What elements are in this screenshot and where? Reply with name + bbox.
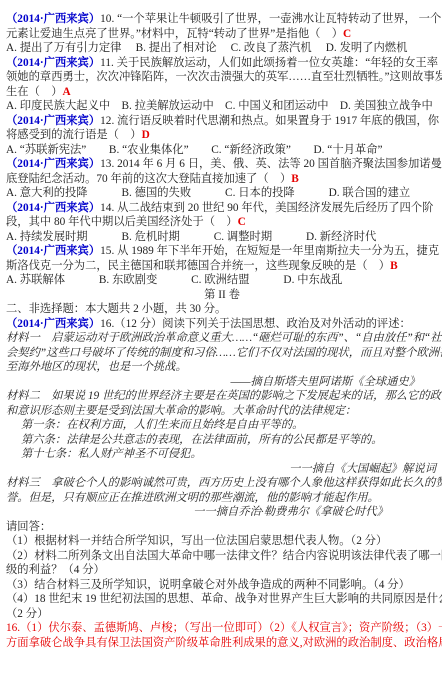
- text-segment: 底登陆纪念活动。70 年前的这次大登陆直接加速了（ ）: [6, 173, 291, 185]
- law-article-line: 第六条：法律是公共意志的表现，在法律面前，所有的公民都是平等的。: [6, 433, 438, 448]
- answer-letter: C: [343, 28, 351, 40]
- material-1-citation: ——摘自斯塔夫里阿诺斯《全球通史》: [6, 375, 438, 390]
- text-segment: 第十七条：私人财产神圣不可侵犯。: [21, 448, 202, 460]
- question-13-line: （2014·广西来宾）13. 2014 年 6 月 6 日，美、俄、英、法等 2…: [6, 157, 438, 172]
- text-segment: 二、非选择题：本大题共 2 小题，共 30 分。: [6, 303, 226, 315]
- section-2-title: 第 II 卷: [6, 288, 438, 303]
- law-article-line: 第十七条：私人财产神圣不可侵犯。: [6, 447, 438, 462]
- answer-letter: A: [63, 86, 71, 98]
- text-segment: A. 持续发展时期 B. 危机时期 C. 调整时期 D. 新经济时代: [6, 231, 376, 243]
- question-11-line: 生在（ ）A: [6, 85, 438, 100]
- material-3-citation: 一一摘自乔治·勒费弗尔《拿破仑时代》: [6, 505, 438, 520]
- question-source-tag: （2014·广西来宾）: [6, 202, 100, 214]
- text-segment: 至海外地区的现状，也是一个挑战。: [6, 361, 187, 373]
- question-16-intro: （2014·广西来宾）16.（12 分）阅读下列关于法国思想、政治及对外活动的评…: [6, 317, 438, 332]
- sub-question-line: 级的利益？（4 分）: [6, 563, 438, 578]
- text-segment: 材料三 拿破仑个人的影响诚然可贵，西方历史上没有哪个人象他这样获得如此长久的赞: [6, 477, 442, 489]
- answer-letter: D: [142, 129, 150, 141]
- question-source-tag: （2014·广西来宾）: [6, 13, 100, 25]
- text-segment: 14. 从二战结束到 20 世纪 90 年代，美国经济发展先后经历了四个阶: [100, 202, 433, 214]
- text-segment: 段，其中 80 年代中期以后美国经济处于（ ）: [6, 216, 238, 228]
- exam-document: （2014·广西来宾）10. “一个苹果让牛顿吸引了世界，一壶沸水让瓦特转动了世…: [0, 0, 442, 681]
- material-1-text: 会契约”这些口号破坏了传统的制度和习俗……它们不仅对法国的现状，而且对整个欧洲甚: [6, 346, 438, 361]
- citation-text: 一一摘自《大国崛起》解说词: [289, 463, 436, 475]
- question-11-line: （2014·广西来宾）11. 关于民族解放运动，人们如此颂扬着一位女英雄：“年轻…: [6, 56, 438, 71]
- sub-question-line: （2）材料二所列条文出自法国大革命中哪一法律文件？结合内容说明该法律代表了哪一阶: [6, 549, 438, 564]
- answer-key-text: 16.（1）伏尔泰、孟德斯鸠、卢梭；（写出一位即可）（2）《人权宣言》；资产阶级…: [6, 622, 442, 634]
- text-segment: 材料一 启蒙运动对于欧洲政治革命意义重大……“砸烂可耻的东西”、“自由放任”和“…: [6, 332, 442, 344]
- question-11-options: A. 印度民族大起义中 B. 拉美解放运动中 C. 中国义和团运动中 D. 美国…: [6, 99, 438, 114]
- question-15-line: 斯洛伐克一分为二，民主德国和联邦德国合并统一，这些现象反映的是（ ）B: [6, 259, 438, 274]
- text-segment: 誉。但是，只有顺应正在推进欧洲文明的那些潮流，他的影响才能起作用。: [6, 492, 379, 504]
- question-14-line: 段，其中 80 年代中期以后美国经济处于（ ）C: [6, 215, 438, 230]
- material-2-citation: 一一摘自《大国崛起》解说词: [6, 462, 438, 477]
- text-segment: （2）材料二所列条文出自法国大革命中哪一法律文件？结合内容说明该法律代表了哪一阶: [6, 550, 442, 562]
- question-source-tag: （2014·广西来宾）: [6, 115, 100, 127]
- text-segment: 10. “一个苹果让牛顿吸引了世界，一壶沸水让瓦特转动了世界， 一个: [100, 13, 441, 25]
- question-12-options: A. “苏联新宪法” B. “农业集体化” C. “新经济政策” D. “十月革…: [6, 143, 438, 158]
- question-11-line: 领她的章西勇士，次次冲锋陷阵，一次次击溃强大的英军……直至壮烈牺牲。”这则故事发: [6, 70, 438, 85]
- question-source-tag: （2014·广西来宾）: [6, 318, 100, 330]
- text-segment: A. “苏联新宪法” B. “农业集体化” C. “新经济政策” D. “十月革…: [6, 144, 383, 156]
- citation-text: ——摘自斯塔夫里阿诺斯《全球通史》: [230, 376, 420, 388]
- question-15-options: A. 苏联解体 B. 东欧剧变 C. 欧洲结盟 D. 中东战乱: [6, 273, 438, 288]
- question-10-line: （2014·广西来宾）10. “一个苹果让牛顿吸引了世界，一壶沸水让瓦特转动了世…: [6, 12, 438, 27]
- question-14-options: A. 持续发展时期 B. 危机时期 C. 调整时期 D. 新经济时代: [6, 230, 438, 245]
- material-2-text: 和意识形态则主要是受到法国大革命的影响。大革命时代的法律规定：: [6, 404, 438, 419]
- text-segment: （1）根据材料一并结合所学知识，写出一位法国启蒙思想代表人物。（2 分）: [6, 535, 387, 547]
- sub-question-line: （4）18 世纪末 19 世纪初法国的思想、革命、战争对世界产生巨大影响的共同原…: [6, 592, 438, 607]
- text-segment: 生在（ ）: [6, 86, 63, 98]
- answer-letter: B: [291, 173, 299, 185]
- material-1-text: 至海外地区的现状，也是一个挑战。: [6, 360, 438, 375]
- text-segment: 材料二 如果说 19 世纪的世界经济主要是在英国的影响之下发展起来的话，那么它的…: [6, 390, 442, 402]
- sub-question-line: （1）根据材料一并结合所学知识，写出一位法国启蒙思想代表人物。（2 分）: [6, 534, 438, 549]
- citation-text: 一一摘自乔治·勒费弗尔《拿破仑时代》: [193, 506, 388, 518]
- text-segment: 领她的章西勇士，次次冲锋陷阵，一次次击溃强大的英军……直至壮烈牺牲。”这则故事发: [6, 71, 442, 83]
- question-source-tag: （2014·广西来宾）: [6, 57, 100, 69]
- law-article-line: 第一条：在权利方面，人们生来而且始终是自由平等的。: [6, 418, 438, 433]
- text-segment: 11. 关于民族解放运动，人们如此颂扬着一位女英雄：“年轻的女王率: [100, 57, 438, 69]
- material-3-text: 誉。但是，只有顺应正在推进欧洲文明的那些潮流，他的影响才能起作用。: [6, 491, 438, 506]
- sub-question-line: （3）结合材料三及所学知识，说明拿破仑对外战争造成的两种不同影响。（4 分）: [6, 578, 438, 593]
- text-segment: 15. 从 1989 年下半年开始，在短短是一年里南斯拉夫一分为五，捷克: [100, 245, 439, 257]
- text-segment: 12. 流行语反映着时代思潮和热点。如果置身于 1917 年底的俄国，你: [100, 115, 439, 127]
- question-10-line: 元素让爱迪生点亮了世界。”材料中，瓦特“转动了世界”是指他（ ）C: [6, 27, 438, 42]
- text-segment: 级的利益？（4 分）: [6, 564, 105, 576]
- question-14-line: （2014·广西来宾）14. 从二战结束到 20 世纪 90 年代，美国经济发展…: [6, 201, 438, 216]
- question-12-line: 将感受到的流行语是（ ）D: [6, 128, 438, 143]
- text-segment: 将感受到的流行语是（ ）: [6, 129, 142, 141]
- answer-key-text: 方面拿破仑战争具有保卫法国资产阶级革命胜利成果的意义,对欧洲的政治制度、政治格局…: [6, 637, 442, 649]
- text-segment: 请回答：: [6, 521, 51, 533]
- answer-key-line: 16.（1）伏尔泰、孟德斯鸠、卢梭；（写出一位即可）（2）《人权宣言》；资产阶级…: [6, 621, 438, 636]
- text-segment: 斯洛伐克一分为二，民主德国和联邦德国合并统一，这些现象反映的是（ ）: [6, 260, 390, 272]
- material-3-text: 材料三 拿破仑个人的影响诚然可贵，西方历史上没有哪个人象他这样获得如此长久的赞: [6, 476, 438, 491]
- text-segment: （3）结合材料三及所学知识，说明拿破仑对外战争造成的两种不同影响。（4 分）: [6, 579, 410, 591]
- text-segment: 元素让爱迪生点亮了世界。”材料中，瓦特“转动了世界”是指他（ ）: [6, 28, 343, 40]
- sub-question-line: （2 分）: [6, 607, 438, 622]
- text-segment: 和意识形态则主要是受到法国大革命的影响。大革命时代的法律规定：: [6, 405, 356, 417]
- text-segment: （4）18 世纪末 19 世纪初法国的思想、革命、战争对世界产生巨大影响的共同原…: [6, 593, 442, 605]
- text-segment: A. 苏联解体 B. 东欧剧变 C. 欧洲结盟 D. 中东战乱: [6, 274, 342, 286]
- answer-prompt: 请回答：: [6, 520, 438, 535]
- material-1-text: 材料一 启蒙运动对于欧洲政治革命意义重大……“砸烂可耻的东西”、“自由放任”和“…: [6, 331, 438, 346]
- question-13-line: 底登陆纪念活动。70 年前的这次大登陆直接加速了（ ）B: [6, 172, 438, 187]
- section-2-instructions: 二、非选择题：本大题共 2 小题，共 30 分。: [6, 302, 438, 317]
- answer-letter: C: [238, 216, 246, 228]
- answer-key-line: 方面拿破仑战争具有保卫法国资产阶级革命胜利成果的意义,对欧洲的政治制度、政治格局…: [6, 636, 438, 651]
- question-10-options: A. 提出了万有引力定律 B. 提出了相对论 C. 改良了蒸汽机 D. 发明了内…: [6, 41, 438, 56]
- text-segment: 会契约”这些口号破坏了传统的制度和习俗……它们不仅对法国的现状，而且对整个欧洲甚: [6, 347, 442, 359]
- answer-letter: B: [390, 260, 398, 272]
- text-segment: 第六条：法律是公共意志的表现，在法律面前，所有的公民都是平等的。: [21, 434, 383, 446]
- question-13-options: A. 意大利的投降 B. 德国的失败 C. 日本的投降 D. 联合国的建立: [6, 186, 438, 201]
- material-2-text: 材料二 如果说 19 世纪的世界经济主要是在英国的影响之下发展起来的话，那么它的…: [6, 389, 438, 404]
- text-segment: （2 分）: [6, 608, 48, 620]
- text-segment: 第一条：在权利方面，人们生来而且始终是自由平等的。: [21, 419, 303, 431]
- text-segment: A. 提出了万有引力定律 B. 提出了相对论 C. 改良了蒸汽机 D. 发明了内…: [6, 42, 407, 54]
- question-12-line: （2014·广西来宾）12. 流行语反映着时代思潮和热点。如果置身于 1917 …: [6, 114, 438, 129]
- question-source-tag: （2014·广西来宾）: [6, 245, 100, 257]
- text-segment: 13. 2014 年 6 月 6 日，美、俄、英、法等 20 国首脑齐聚法国参加…: [100, 158, 442, 170]
- text-segment: 第 II 卷: [204, 289, 240, 301]
- question-15-line: （2014·广西来宾）15. 从 1989 年下半年开始，在短短是一年里南斯拉夫…: [6, 244, 438, 259]
- text-segment: A. 意大利的投降 B. 德国的失败 C. 日本的投降 D. 联合国的建立: [6, 187, 410, 199]
- text-segment: 16.（12 分）阅读下列关于法国思想、政治及对外活动的评述：: [100, 318, 411, 330]
- text-segment: A. 印度民族大起义中 B. 拉美解放运动中 C. 中国义和团运动中 D. 美国…: [6, 100, 433, 112]
- question-source-tag: （2014·广西来宾）: [6, 158, 100, 170]
